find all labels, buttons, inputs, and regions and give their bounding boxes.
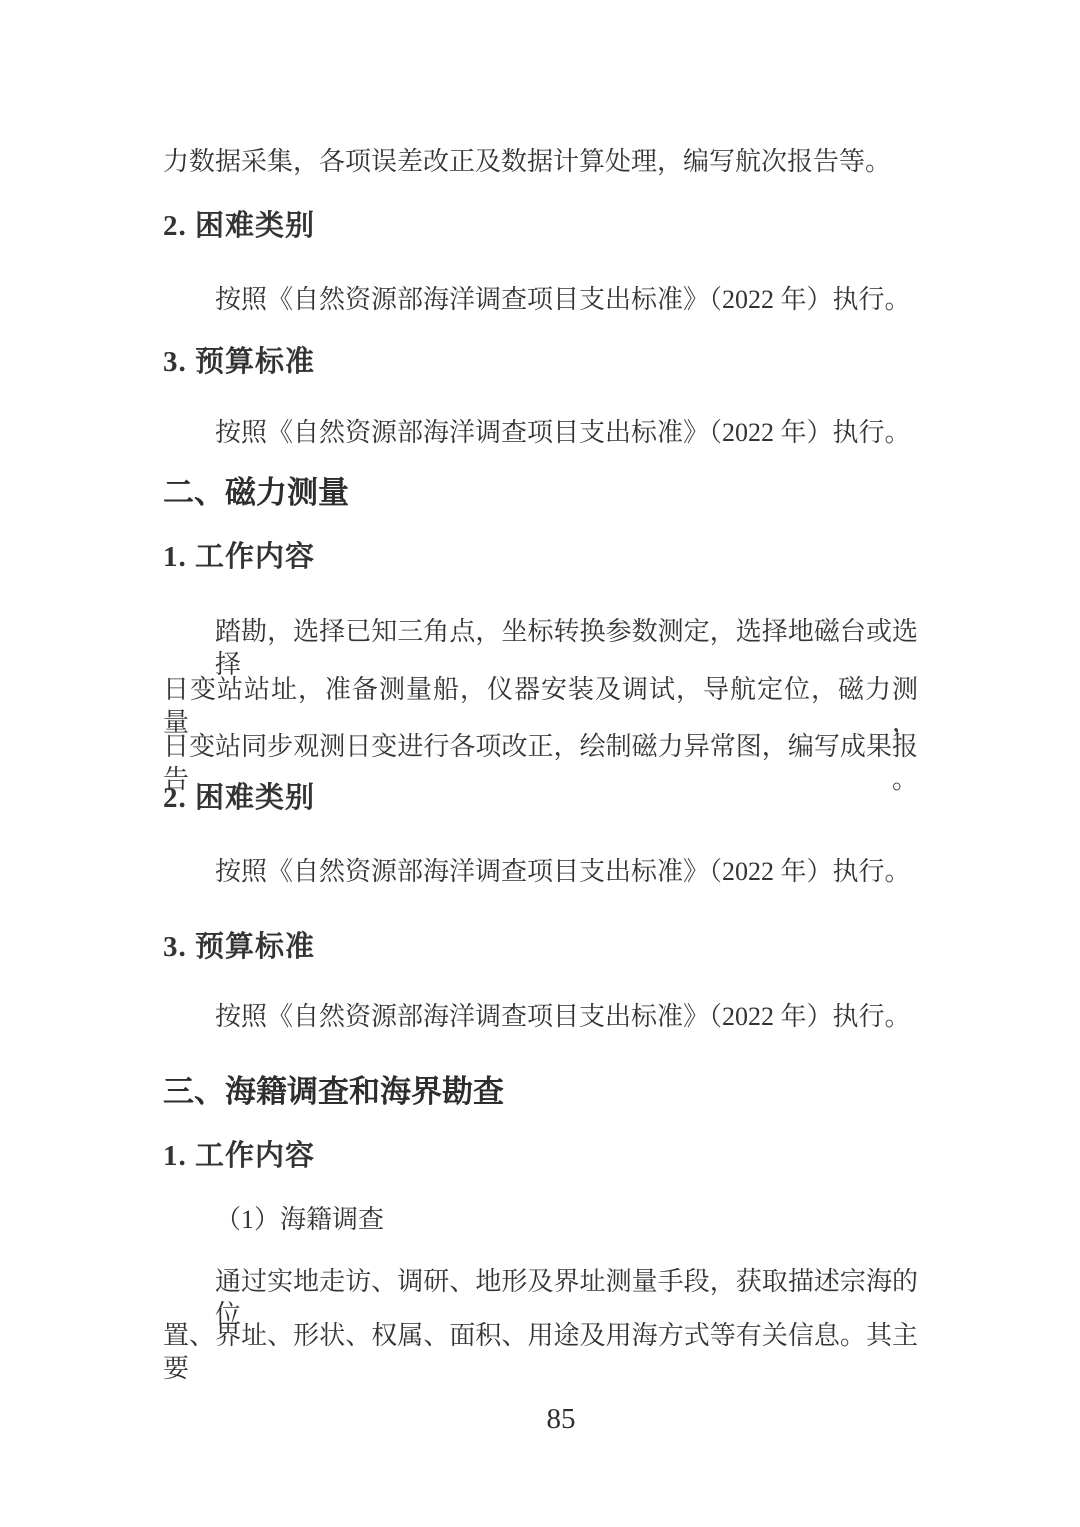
standard-sentence-1: 按照《自然资源部海洋调查项目支出标准》（2022 年）执行。 bbox=[163, 284, 918, 317]
standard-sentence-3: 按照《自然资源部海洋调查项目支出标准》（2022 年）执行。 bbox=[163, 856, 918, 889]
section-title-sea-cadastral-survey: 三、海籍调查和海界勘查 bbox=[163, 1073, 918, 1112]
standard-sentence-2: 按照《自然资源部海洋调查项目支出标准》（2022 年）执行。 bbox=[163, 417, 918, 450]
paragraph-continuation-line: 力数据采集，各项误差改正及数据计算处理，编写航次报告等。 bbox=[163, 146, 918, 179]
heading-budget-standard-2: 3. 预算标准 bbox=[163, 929, 918, 965]
heading-difficulty-category-2: 2. 困难类别 bbox=[163, 780, 918, 816]
standard-sentence-4: 按照《自然资源部海洋调查项目支出标准》（2022 年）执行。 bbox=[163, 1001, 918, 1034]
heading-difficulty-category-1: 2. 困难类别 bbox=[163, 208, 918, 244]
section-title-magnetic-survey: 二、磁力测量 bbox=[163, 474, 918, 513]
magnetic-work-line-1: 踏勘，选择已知三角点，坐标转换参数测定，选择地磁台或选择 bbox=[163, 616, 918, 681]
heading-work-content-magnetic: 1. 工作内容 bbox=[163, 539, 918, 575]
page-number: 85 bbox=[547, 1403, 576, 1436]
document-page: 力数据采集，各项误差改正及数据计算处理，编写航次报告等。 2. 困难类别 按照《… bbox=[0, 0, 1080, 1527]
cadastral-para-line-2: 置、界址、形状、权属、面积、用途及用海方式等有关信息。其主要 bbox=[163, 1320, 918, 1385]
heading-budget-standard-1: 3. 预算标准 bbox=[163, 344, 918, 380]
heading-work-content-cadastral: 1. 工作内容 bbox=[163, 1138, 918, 1174]
magnetic-work-line-2: 日变站站址，准备测量船，仪器安装及调试，导航定位，磁力测量， bbox=[163, 674, 918, 739]
sub-heading-sea-cadastral: （1）海籍调查 bbox=[163, 1204, 918, 1237]
